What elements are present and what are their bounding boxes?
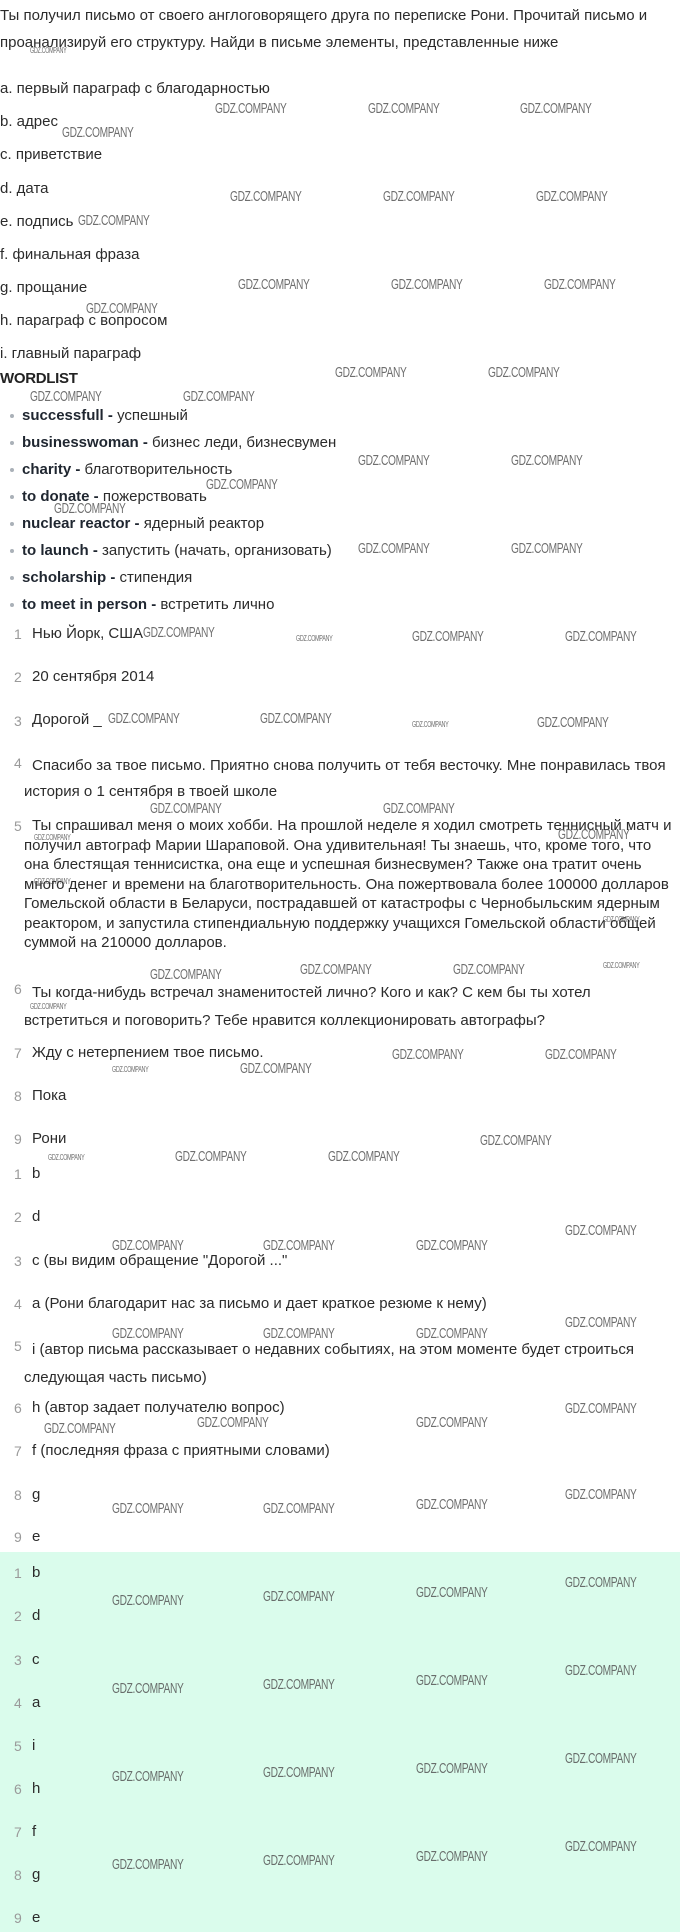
watermark: GDZ.COMPANY xyxy=(416,1325,487,1342)
watermark: GDZ.COMPANY xyxy=(78,212,149,229)
bullet-icon xyxy=(10,468,14,472)
explanation-line: c (вы видим обращение "Дорогой ..." xyxy=(32,1251,672,1271)
watermark: GDZ.COMPANY xyxy=(112,1592,183,1609)
line-number: 1 xyxy=(14,1565,22,1581)
watermark: GDZ.COMPANY xyxy=(263,1852,334,1869)
watermark: GDZ.COMPANY xyxy=(143,624,214,641)
line-number: 9 xyxy=(14,1529,22,1545)
watermark: GDZ.COMPANY xyxy=(206,476,277,493)
wordlist-item: nuclear reactor - ядерный реактор xyxy=(10,515,264,532)
watermark: GDZ.COMPANY xyxy=(544,276,615,293)
watermark: GDZ.COMPANY xyxy=(412,628,483,645)
option-a: a. первый параграф с благодарностью xyxy=(0,80,270,97)
wordlist-item: scholarship - стипендия xyxy=(10,569,192,586)
option-g: g. прощание xyxy=(0,279,87,296)
option-e: e. подпись xyxy=(0,213,73,230)
watermark: GDZ.COMPANY xyxy=(112,1325,183,1342)
option-f: f. финальная фраза xyxy=(0,246,139,263)
letter-line: Рони xyxy=(32,1129,672,1149)
answer-line: e xyxy=(32,1908,672,1928)
wordlist-item: to meet in person - встретить лично xyxy=(10,596,274,613)
watermark: GDZ.COMPANY xyxy=(215,100,286,117)
watermark: GDZ.COMPANY xyxy=(511,452,582,469)
option-c: c. приветствие xyxy=(0,146,102,163)
watermark: GDZ.COMPANY xyxy=(416,1760,487,1777)
watermark: GDZ.COMPANY xyxy=(383,188,454,205)
watermark: GDZ.COMPANY xyxy=(358,540,429,557)
watermark: GDZ.COMPANY xyxy=(335,364,406,381)
bullet-icon xyxy=(10,603,14,607)
line-number: 4 xyxy=(14,1296,22,1312)
option-d: d. дата xyxy=(0,180,49,197)
watermark: GDZ.COMPANY xyxy=(392,1046,463,1063)
watermark: GDZ.COMPANY xyxy=(603,961,639,970)
watermark: GDZ.COMPANY xyxy=(34,833,70,842)
watermark: GDZ.COMPANY xyxy=(30,1002,66,1011)
watermark: GDZ.COMPANY xyxy=(558,826,629,843)
bullet-icon xyxy=(10,441,14,445)
watermark: GDZ.COMPANY xyxy=(480,1132,551,1149)
watermark: GDZ.COMPANY xyxy=(30,46,66,55)
line-number: 2 xyxy=(14,669,22,685)
watermark: GDZ.COMPANY xyxy=(296,634,332,643)
watermark: GDZ.COMPANY xyxy=(150,966,221,983)
wordlist-heading: WORDLIST xyxy=(0,370,78,387)
watermark: GDZ.COMPANY xyxy=(565,628,636,645)
watermark: GDZ.COMPANY xyxy=(86,300,157,317)
watermark: GDZ.COMPANY xyxy=(520,100,591,117)
watermark: GDZ.COMPANY xyxy=(112,1680,183,1697)
letter-line: Спасибо за твое письмо. Приятно снова по… xyxy=(24,753,676,805)
watermark: GDZ.COMPANY xyxy=(416,1414,487,1431)
watermark: GDZ.COMPANY xyxy=(62,124,133,141)
watermark: GDZ.COMPANY xyxy=(565,1574,636,1591)
line-number: 9 xyxy=(14,1910,22,1926)
explanation-line: b xyxy=(32,1164,672,1184)
watermark: GDZ.COMPANY xyxy=(565,1838,636,1855)
watermark: GDZ.COMPANY xyxy=(263,1764,334,1781)
watermark: GDZ.COMPANY xyxy=(175,1148,246,1165)
line-number: 7 xyxy=(14,1443,22,1459)
line-number: 2 xyxy=(14,1608,22,1624)
watermark: GDZ.COMPANY xyxy=(537,714,608,731)
watermark: GDZ.COMPANY xyxy=(112,1856,183,1873)
line-number: 6 xyxy=(14,1400,22,1416)
watermark: GDZ.COMPANY xyxy=(112,1237,183,1254)
watermark: GDZ.COMPANY xyxy=(565,1750,636,1767)
watermark: GDZ.COMPANY xyxy=(565,1486,636,1503)
watermark: GDZ.COMPANY xyxy=(263,1237,334,1254)
watermark: GDZ.COMPANY xyxy=(488,364,559,381)
watermark: GDZ.COMPANY xyxy=(328,1148,399,1165)
watermark: GDZ.COMPANY xyxy=(48,1153,84,1162)
wordlist-item: charity - благотворительность xyxy=(10,461,232,478)
watermark: GDZ.COMPANY xyxy=(108,710,179,727)
watermark: GDZ.COMPANY xyxy=(565,1400,636,1417)
wordlist-item: successfull - успешный xyxy=(10,407,188,424)
watermark: GDZ.COMPANY xyxy=(383,800,454,817)
watermark: GDZ.COMPANY xyxy=(263,1500,334,1517)
line-number: 6 xyxy=(14,981,22,997)
watermark: GDZ.COMPANY xyxy=(412,720,448,729)
watermark: GDZ.COMPANY xyxy=(240,1060,311,1077)
watermark: GDZ.COMPANY xyxy=(391,276,462,293)
watermark: GDZ.COMPANY xyxy=(453,961,524,978)
line-number: 8 xyxy=(14,1487,22,1503)
watermark: GDZ.COMPANY xyxy=(260,710,331,727)
line-number: 7 xyxy=(14,1824,22,1840)
bullet-icon xyxy=(10,576,14,580)
watermark: GDZ.COMPANY xyxy=(112,1065,148,1074)
bullet-icon xyxy=(10,414,14,418)
line-number: 7 xyxy=(14,1045,22,1061)
line-number: 5 xyxy=(14,1338,22,1354)
explanation-line: i (автор письма рассказывает о недавних … xyxy=(24,1336,676,1392)
letter-line: 20 сентября 2014 xyxy=(32,667,672,687)
watermark: GDZ.COMPANY xyxy=(565,1314,636,1331)
watermark: GDZ.COMPANY xyxy=(565,1662,636,1679)
watermark: GDZ.COMPANY xyxy=(416,1672,487,1689)
watermark: GDZ.COMPANY xyxy=(44,1420,115,1437)
bullet-icon xyxy=(10,522,14,526)
line-number: 4 xyxy=(14,1695,22,1711)
watermark: GDZ.COMPANY xyxy=(34,877,70,886)
wordlist-item: to launch - запустить (начать, организов… xyxy=(10,542,332,559)
line-number: 1 xyxy=(14,626,22,642)
watermark: GDZ.COMPANY xyxy=(112,1768,183,1785)
letter-line: Ты когда-нибудь встречал знаменитостей л… xyxy=(24,979,676,1035)
watermark: GDZ.COMPANY xyxy=(300,961,371,978)
line-number: 3 xyxy=(14,1253,22,1269)
watermark: GDZ.COMPANY xyxy=(416,1237,487,1254)
watermark: GDZ.COMPANY xyxy=(30,388,101,405)
watermark: GDZ.COMPANY xyxy=(197,1414,268,1431)
watermark: GDZ.COMPANY xyxy=(263,1588,334,1605)
bullet-icon xyxy=(10,549,14,553)
line-number: 5 xyxy=(14,818,22,834)
option-b: b. адрес xyxy=(0,113,58,130)
answer-line: d xyxy=(32,1606,672,1626)
explanation-line: f (последняя фраза с приятными словами) xyxy=(32,1441,672,1461)
watermark: GDZ.COMPANY xyxy=(565,1222,636,1239)
watermark: GDZ.COMPANY xyxy=(150,800,221,817)
option-i: i. главный параграф xyxy=(0,345,141,362)
explanation-line: e xyxy=(32,1527,672,1547)
explanation-line: a (Рони благодарит нас за письмо и дает … xyxy=(32,1294,672,1314)
line-number: 1 xyxy=(14,1166,22,1182)
watermark: GDZ.COMPANY xyxy=(112,1500,183,1517)
watermark: GDZ.COMPANY xyxy=(263,1325,334,1342)
watermark: GDZ.COMPANY xyxy=(416,1848,487,1865)
letter-line: Пока xyxy=(32,1086,672,1106)
watermark: GDZ.COMPANY xyxy=(511,540,582,557)
line-number: 3 xyxy=(14,713,22,729)
watermark: GDZ.COMPANY xyxy=(54,500,125,517)
line-number: 3 xyxy=(14,1652,22,1668)
line-number: 8 xyxy=(14,1088,22,1104)
wordlist-item: businesswoman - бизнес леди, бизнесвумен xyxy=(10,434,336,451)
watermark: GDZ.COMPANY xyxy=(238,276,309,293)
watermark: GDZ.COMPANY xyxy=(263,1676,334,1693)
watermark: GDZ.COMPANY xyxy=(416,1496,487,1513)
line-number: 5 xyxy=(14,1738,22,1754)
watermark: GDZ.COMPANY xyxy=(183,388,254,405)
watermark: GDZ.COMPANY xyxy=(416,1584,487,1601)
bullet-icon xyxy=(10,495,14,499)
watermark: GDZ.COMPANY xyxy=(230,188,301,205)
watermark: GDZ.COMPANY xyxy=(603,915,639,924)
task-text: Ты получил письмо от своего англоговорящ… xyxy=(0,2,660,56)
line-number: 8 xyxy=(14,1867,22,1883)
line-number: 2 xyxy=(14,1209,22,1225)
line-number: 4 xyxy=(14,755,22,771)
watermark: GDZ.COMPANY xyxy=(545,1046,616,1063)
line-number: 9 xyxy=(14,1131,22,1147)
watermark: GDZ.COMPANY xyxy=(536,188,607,205)
line-number: 6 xyxy=(14,1781,22,1797)
watermark: GDZ.COMPANY xyxy=(368,100,439,117)
watermark: GDZ.COMPANY xyxy=(358,452,429,469)
